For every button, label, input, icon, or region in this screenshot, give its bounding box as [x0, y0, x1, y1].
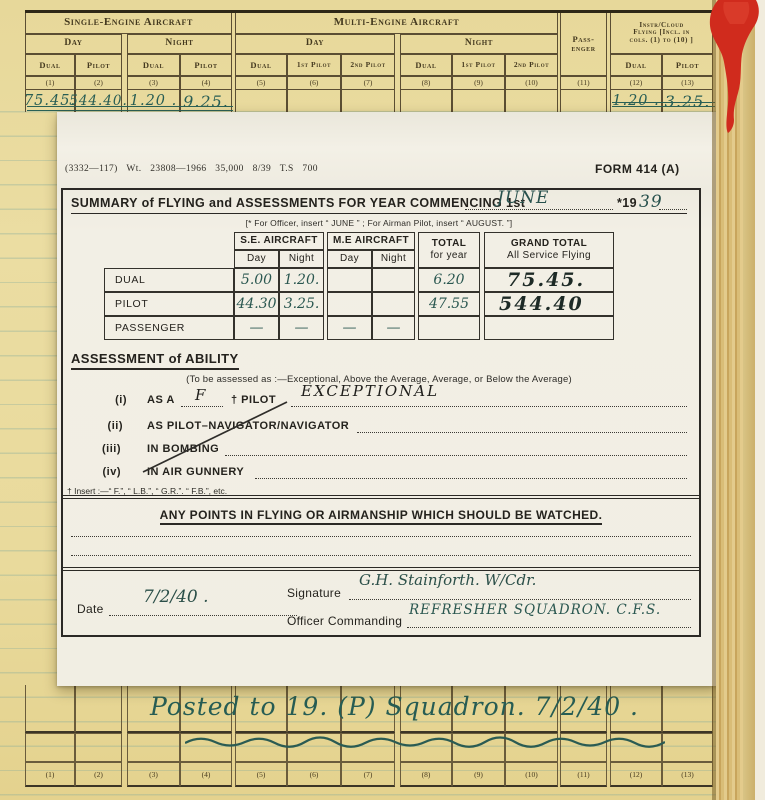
bottom-colnum-8: (8)	[400, 762, 452, 787]
entry-col5	[235, 90, 287, 112]
form-title: SUMMARY of FLYING and ASSESSMENTS FOR YE…	[71, 196, 525, 210]
bottom-colnum-11: (11)	[560, 762, 607, 787]
pilot-se-night-value: 3.25.	[284, 296, 320, 312]
pilot-me-night	[372, 292, 415, 316]
se-night-header: Night	[127, 34, 232, 54]
bottom-cell	[25, 685, 75, 733]
date-handwritten: 7/2/40 .	[143, 587, 209, 607]
assessment-heading: ASSESSMENT of ABILITY	[71, 351, 239, 370]
bottom-colnum-13: (13)	[662, 762, 713, 787]
grand-total-header: GRAND TOTAL All Service Flying	[484, 232, 614, 268]
se-day-col: Day	[234, 250, 279, 268]
grand-total-label: GRAND TOTAL	[511, 238, 587, 251]
col-dual-1: Dual	[25, 54, 75, 76]
colnum-10: (10)	[505, 76, 558, 90]
signature-handwritten: G.H. Stainforth. W/Cdr.	[359, 571, 536, 589]
me-day-label: Day	[340, 253, 359, 266]
title-underline	[71, 213, 687, 214]
passenger-se-night: —	[279, 316, 324, 340]
passenger-me-night: —	[372, 316, 415, 340]
item-i-assessment-handwritten: EXCEPTIONAL	[301, 382, 439, 400]
bottom-colnum-1: (1)	[25, 762, 75, 787]
colnum-11: (11)	[560, 76, 607, 90]
passenger-total	[418, 316, 480, 340]
officer-commanding-handwritten: REFRESHER SQUADRON. C.F.S.	[409, 602, 661, 618]
signature-label: Signature	[287, 586, 341, 600]
entry-col6	[287, 90, 341, 112]
pilot-total-value: 47.55	[429, 296, 469, 312]
instr-cloud-header: Instr/Cloud Flying [Incl. in cols. (1) t…	[610, 12, 713, 54]
pilot-se-night: 3.25.	[279, 292, 324, 316]
colnum-4: (4)	[180, 76, 232, 90]
bottom-colnum-2: (2)	[75, 762, 122, 787]
pilot-grand-value: 544.40	[499, 293, 584, 315]
dual-se-day: 5.00	[234, 268, 279, 292]
bottom-colnum-7: (7)	[341, 762, 395, 787]
teal-underline-right	[612, 102, 715, 107]
passenger-se-night-value: —	[295, 320, 309, 336]
watch-heading: ANY POINTS IN FLYING OR AIRMANSHIP WHICH…	[160, 508, 603, 525]
item-i-num: (i)	[101, 394, 127, 406]
passenger-label: PASSENGER	[115, 322, 185, 334]
passenger-grand	[484, 316, 614, 340]
colnum-7: (7)	[341, 76, 395, 90]
dual-se-day-value: 5.00	[241, 272, 272, 288]
passenger-header: Pass- enger	[560, 12, 607, 76]
total-for-year-header: TOTAL for year	[418, 232, 480, 268]
col-dual-3: Dual	[127, 54, 180, 76]
item-ii-num: (ii)	[97, 420, 123, 432]
col-pilot-2: Pilot	[75, 54, 122, 76]
dual-me-day	[327, 268, 372, 292]
bottom-colnum-9: (9)	[452, 762, 505, 787]
pilot-total: 47.55	[418, 292, 480, 316]
single-engine-header: Single-Engine Aircraft	[25, 12, 232, 34]
item-iv-num: (iv)	[95, 466, 121, 478]
me-night-label: Night	[381, 253, 406, 266]
me-night-header: Night	[400, 34, 558, 54]
se-aircraft-header: S.E. AIRCRAFT	[234, 232, 324, 250]
for-year-label: for year	[430, 250, 467, 263]
col-1st-pilot-9: 1st Pilot	[452, 54, 505, 76]
row-label-dual: DUAL	[104, 268, 234, 292]
all-service-flying-label: All Service Flying	[507, 250, 591, 263]
passenger-me-day: —	[327, 316, 372, 340]
officer-commanding-label: Officer Commanding	[287, 614, 402, 628]
colnum-5: (5)	[235, 76, 287, 90]
me-day-col: Day	[327, 250, 372, 268]
divider-rule-1	[61, 495, 701, 499]
assessment-heading-wrap: ASSESSMENT of ABILITY	[71, 350, 239, 368]
row-label-passenger: PASSENGER	[104, 316, 234, 340]
row-label-pilot: PILOT	[104, 292, 234, 316]
wavy-underline	[185, 734, 665, 750]
me-aircraft-label: M.E AIRCRAFT	[333, 235, 409, 248]
dual-grand: 75.45.	[484, 268, 614, 292]
dual-me-night	[372, 268, 415, 292]
entry-col9	[452, 90, 505, 112]
item-ii-dotted	[357, 420, 687, 433]
posted-note-handwritten: Posted to 19. (P) Squadron. 7/2/40 .	[150, 692, 639, 721]
se-night-label: Night	[289, 253, 314, 266]
col-dual-12: Dual	[610, 54, 662, 76]
entry-col12: 1.20 .	[610, 90, 662, 112]
month-handwritten: JUNE	[497, 188, 549, 208]
bottom-cell	[75, 685, 122, 733]
colnum-9: (9)	[452, 76, 505, 90]
title-footnote: [* For Officer, insert “ JUNE ” ; For Ai…	[71, 218, 687, 228]
colnum-1: (1)	[25, 76, 75, 90]
dual-se-night-value: 1.20.	[284, 272, 320, 288]
printer-imprint: (3332—117) Wt. 23808—1966 35,000 8/39 T.…	[65, 164, 318, 174]
form-414a: (3332—117) Wt. 23808—1966 35,000 8/39 T.…	[57, 112, 719, 686]
pilot-grand: 544.40	[484, 292, 614, 316]
item-iii-num: (iii)	[95, 443, 121, 455]
year-dotted-line	[659, 196, 687, 210]
me-day-header: Day	[235, 34, 395, 54]
entry-col8	[400, 90, 452, 112]
col-dual-8: Dual	[400, 54, 452, 76]
table-top-border	[25, 10, 714, 13]
pen-strike-line	[135, 394, 295, 478]
watch-line-2	[71, 543, 691, 556]
date-label: Date	[77, 602, 104, 616]
bottom-cell	[25, 733, 75, 762]
watch-line-1	[71, 524, 691, 537]
me-night-col: Night	[372, 250, 415, 268]
pilot-label: PILOT	[115, 298, 148, 310]
col-pilot-4: Pilot	[180, 54, 232, 76]
entry-col7	[341, 90, 395, 112]
bottom-colnum-5: (5)	[235, 762, 287, 787]
entry-col10	[505, 90, 558, 112]
colnum-6: (6)	[287, 76, 341, 90]
col-1st-pilot-6: 1st Pilot	[287, 54, 341, 76]
se-night-col: Night	[279, 250, 324, 268]
passenger-me-night-value: —	[387, 320, 401, 336]
bottom-cell	[75, 733, 122, 762]
me-aircraft-header: M.E AIRCRAFT	[327, 232, 415, 250]
pilot-se-day: 44.30	[234, 292, 279, 316]
colnum-8: (8)	[400, 76, 452, 90]
form-number: FORM 414 (A)	[595, 162, 680, 176]
instr-line3: cols. (1) to (10) ]	[630, 37, 694, 45]
bottom-colnum-12: (12)	[610, 762, 662, 787]
flying-hours-grid: Single-Engine Aircraft Multi-Engine Airc…	[25, 12, 714, 112]
dual-total-value: 6.20	[433, 272, 464, 288]
pilot-se-day-value: 44.30	[236, 296, 276, 312]
passenger-se-day: —	[234, 316, 279, 340]
passenger-se-day-value: —	[250, 320, 264, 336]
dual-se-night: 1.20.	[279, 268, 324, 292]
bottom-cell	[127, 733, 180, 762]
bottom-cell	[662, 733, 713, 762]
multi-engine-header: Multi-Engine Aircraft	[235, 12, 558, 34]
bottom-colnum-3: (3)	[127, 762, 180, 787]
watch-heading-wrap: ANY POINTS IN FLYING OR AIRMANSHIP WHICH…	[61, 506, 701, 524]
se-day-header: Day	[25, 34, 122, 54]
col-2nd-pilot-10: 2nd Pilot	[505, 54, 558, 76]
teal-underline-left	[27, 106, 233, 111]
red-wax-mark	[704, 0, 762, 135]
entry-col11	[560, 90, 607, 112]
passenger-me-day-value: —	[343, 320, 357, 336]
dual-grand-value: 75.45.	[507, 269, 585, 291]
dual-label: DUAL	[115, 274, 145, 286]
total-label: TOTAL	[432, 238, 466, 251]
col-2nd-pilot-7: 2nd Pilot	[341, 54, 395, 76]
pilot-me-day	[327, 292, 372, 316]
passenger-line2: enger	[571, 44, 595, 53]
bottom-colnum-10: (10)	[505, 762, 558, 787]
col-dual-5: Dual	[235, 54, 287, 76]
dual-total: 6.20	[418, 268, 480, 292]
colnum-12: (12)	[610, 76, 662, 90]
year-printed: *19	[617, 196, 637, 210]
colnum-3: (3)	[127, 76, 180, 90]
colnum-2: (2)	[75, 76, 122, 90]
se-day-label: Day	[247, 253, 266, 266]
bottom-cell	[662, 685, 713, 733]
bottom-colnum-6: (6)	[287, 762, 341, 787]
bottom-colnum-4: (4)	[180, 762, 232, 787]
logbook-page: Single-Engine Aircraft Multi-Engine Airc…	[0, 0, 765, 800]
se-aircraft-label: S.E. AIRCRAFT	[240, 235, 318, 248]
item-iv-dotted	[255, 466, 687, 479]
